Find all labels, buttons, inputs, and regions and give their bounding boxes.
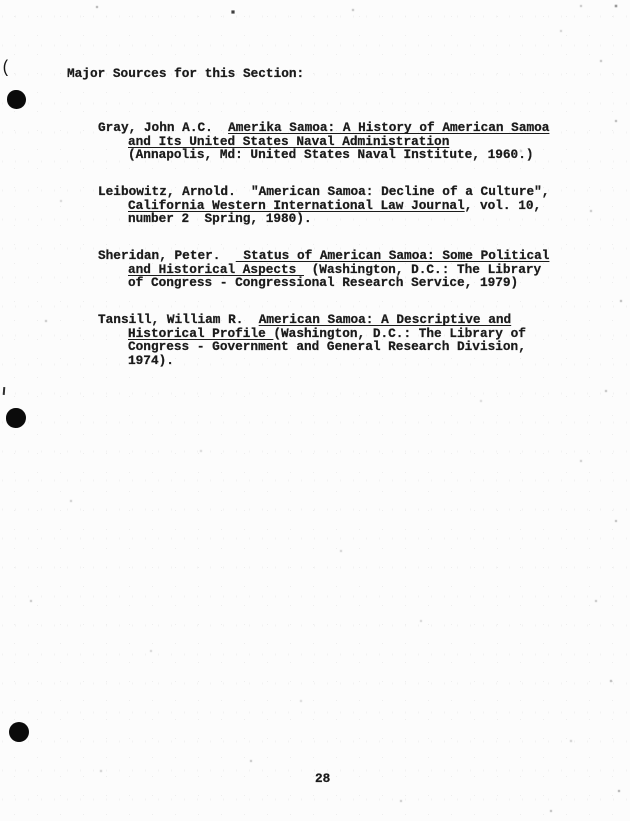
page-number: 28: [315, 772, 330, 786]
hole-punch-dot-3: [9, 722, 29, 742]
bibliography-line: Sheridan, Peter. Status of American Samo…: [98, 249, 549, 263]
citation-text: Congress - Government and General Resear…: [128, 339, 526, 354]
bibliography-line: Leibowitz, Arnold. "American Samoa: Decl…: [98, 185, 549, 199]
citation-text: 1974).: [128, 353, 174, 368]
bibliography-entry: Gray, John A.C. Amerika Samoa: A History…: [98, 121, 549, 162]
hole-punch-dot-2: [6, 408, 26, 428]
bibliography-line: Historical Profile (Washington, D.C.: Th…: [98, 327, 549, 341]
margin-paren-artifact: (: [1, 58, 11, 78]
bibliography-line: Congress - Government and General Resear…: [98, 340, 549, 354]
citation-text: of Congress - Congressional Research Ser…: [128, 275, 518, 290]
scan-noise-speckles: [0, 0, 2, 2]
section-heading: Major Sources for this Section:: [67, 67, 304, 81]
bibliography-line: (Annapolis, Md: United States Naval Inst…: [98, 148, 549, 162]
bibliography-line: Tansill, William R. American Samoa: A De…: [98, 313, 549, 327]
bibliography-line: 1974).: [98, 354, 549, 368]
bibliography-entry: Sheridan, Peter. Status of American Samo…: [98, 249, 549, 290]
citation-text: (Annapolis, Md: United States Naval Inst…: [128, 147, 534, 162]
bibliography-line: California Western International Law Jou…: [98, 199, 549, 213]
citation-text: number 2 Spring, 1980).: [128, 211, 312, 226]
bibliography-line: number 2 Spring, 1980).: [98, 212, 549, 226]
bibliography-line: of Congress - Congressional Research Ser…: [98, 276, 549, 290]
bibliography-entry: Leibowitz, Arnold. "American Samoa: Decl…: [98, 185, 549, 226]
bibliography-list: Gray, John A.C. Amerika Samoa: A History…: [98, 121, 549, 391]
bibliography-entry: Tansill, William R. American Samoa: A De…: [98, 313, 549, 367]
bibliography-line: and Historical Aspects (Washington, D.C.…: [98, 263, 549, 277]
bibliography-line: and Its United States Naval Administrati…: [98, 135, 549, 149]
bibliography-line: Gray, John A.C. Amerika Samoa: A History…: [98, 121, 549, 135]
margin-tick-artifact: [3, 387, 6, 395]
citation-text: , vol. 10,: [465, 198, 542, 213]
hole-punch-dot-1: [7, 90, 26, 109]
scanned-document-page: ( Major Sources for this Section: Gray, …: [0, 0, 630, 821]
